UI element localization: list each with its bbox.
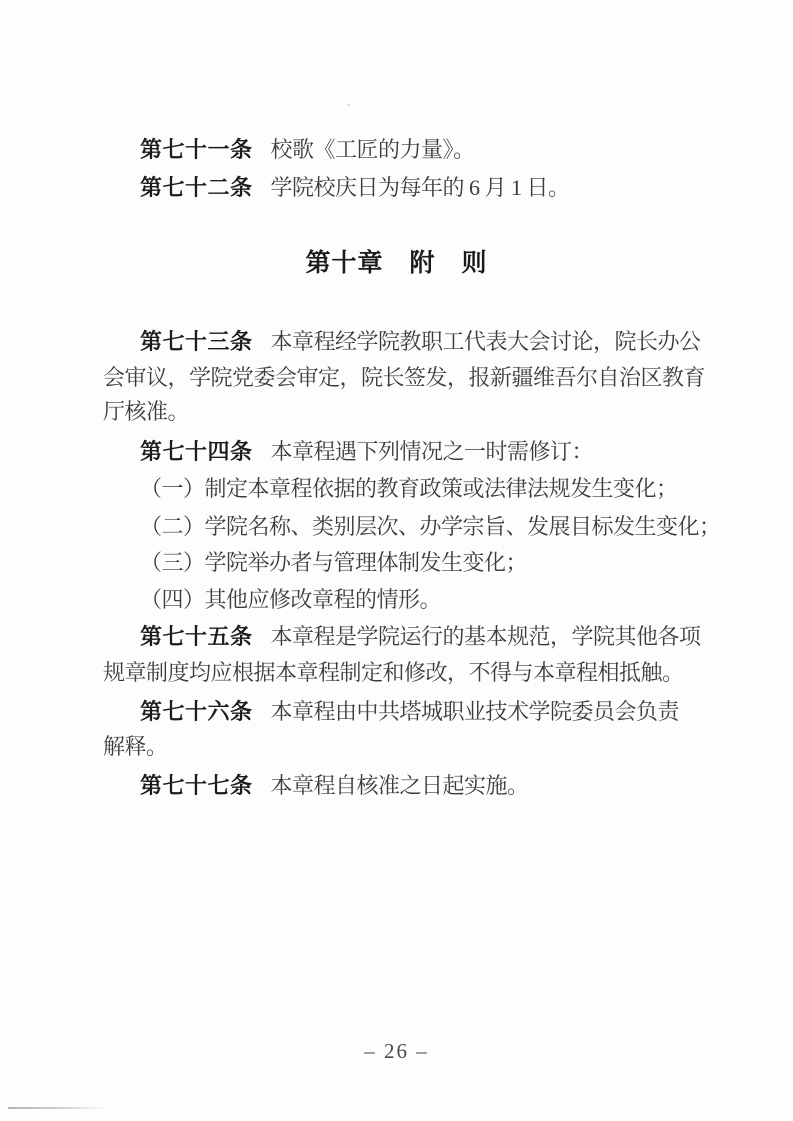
article-75-line-1: 第七十五条本章程是学院运行的基本规范，学院其他各项 (140, 620, 701, 654)
article-74-line: 第七十四条本章程遇下列情况之一时需修订： (140, 435, 593, 469)
article-74-item-2: （二）学院名称、类别层次、办学宗旨、发展目标发生变化； (140, 510, 721, 544)
scan-speck (347, 104, 350, 106)
scanned-document-page: 第七十一条校歌《工匠的力量》。 第七十二条学院校庆日为每年的 6 月 1 日。 … (0, 0, 793, 1121)
article-74-item-3: （三）学院举办者与管理体制发生变化； (140, 546, 527, 580)
article-73-number: 第七十三条 (140, 329, 253, 354)
article-76-number: 第七十六条 (140, 699, 253, 724)
article-75-number: 第七十五条 (140, 624, 253, 649)
article-76-text-1: 本章程由中共塔城职业技术学院委员会负责 (271, 699, 680, 724)
article-74-number: 第七十四条 (140, 439, 253, 464)
article-73-line-2: 会审议，学院党委会审定，院长签发，报新疆维吾尔自治区教育 (103, 361, 705, 395)
article-76-line-1: 第七十六条本章程由中共塔城职业技术学院委员会负责 (140, 695, 679, 729)
scan-artifact-line (8, 1107, 105, 1109)
article-71-line: 第七十一条校歌《工匠的力量》。 (140, 133, 475, 167)
article-76-text-2: 解释。 (103, 734, 168, 759)
article-72-line: 第七十二条学院校庆日为每年的 6 月 1 日。 (140, 171, 570, 205)
page-number: – 26 – (0, 1039, 793, 1063)
chapter-10-heading: 第十章 附 则 (0, 246, 793, 280)
article-74-item-2-text: （二）学院名称、类别层次、办学宗旨、发展目标发生变化； (140, 514, 721, 539)
article-75-text-1: 本章程是学院运行的基本规范，学院其他各项 (271, 624, 701, 649)
article-71-number: 第七十一条 (140, 137, 253, 162)
article-74-item-1: （一）制定本章程依据的教育政策或法律法规发生变化； (140, 472, 678, 506)
article-73-line-1: 第七十三条本章程经学院教职工代表大会讨论，院长办公 (140, 325, 701, 359)
article-75-text-2: 规章制度均应根据本章程制定和修改，不得与本章程相抵触。 (103, 660, 684, 685)
article-71-text: 校歌《工匠的力量》。 (271, 137, 475, 162)
article-76-line-2: 解释。 (103, 730, 168, 764)
article-74-item-3-text: （三）学院举办者与管理体制发生变化； (140, 550, 527, 575)
article-73-line-3: 厅核准。 (103, 395, 189, 429)
article-77-text: 本章程自核准之日起实施。 (271, 773, 529, 798)
article-77-number: 第七十七条 (140, 773, 253, 798)
article-73-text-2: 会审议，学院党委会审定，院长签发，报新疆维吾尔自治区教育 (103, 365, 705, 390)
article-72-text: 学院校庆日为每年的 6 月 1 日。 (271, 175, 570, 200)
article-74-text: 本章程遇下列情况之一时需修订： (271, 439, 594, 464)
article-74-item-4-text: （四）其他应修改章程的情形。 (140, 587, 441, 612)
article-74-item-1-text: （一）制定本章程依据的教育政策或法律法规发生变化； (140, 476, 678, 501)
article-74-item-4: （四）其他应修改章程的情形。 (140, 583, 441, 617)
article-77-line: 第七十七条本章程自核准之日起实施。 (140, 769, 529, 803)
article-72-number: 第七十二条 (140, 175, 253, 200)
article-73-text-1: 本章程经学院教职工代表大会讨论，院长办公 (271, 329, 701, 354)
article-75-line-2: 规章制度均应根据本章程制定和修改，不得与本章程相抵触。 (103, 656, 684, 690)
article-73-text-3: 厅核准。 (103, 399, 189, 424)
